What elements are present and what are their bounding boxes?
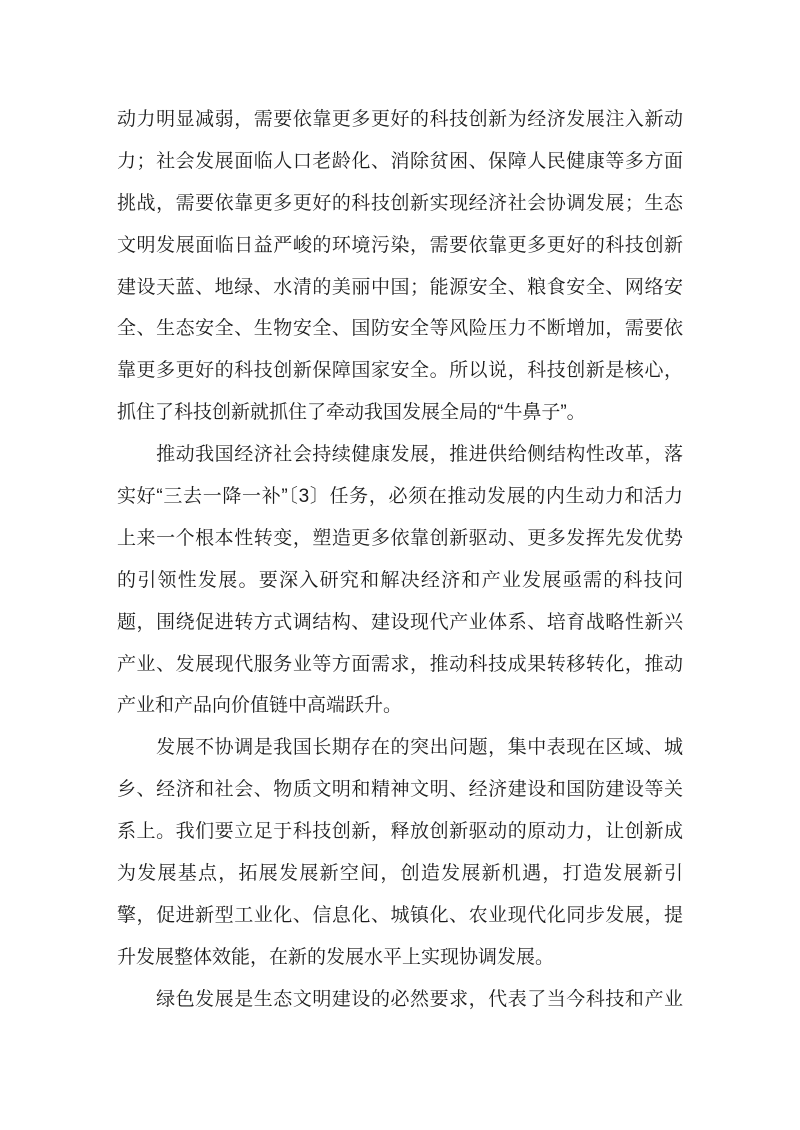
paragraph: 动力明显减弱，需要依靠更多更好的科技创新为经济发展注入新动力；社会发展面临人口老…: [117, 99, 683, 434]
text-line: 为发展基点，拓展发展新空间，创造发展新机遇，打造发展新引: [117, 853, 683, 895]
text-line: 文明发展面临日益严峻的环境污染，需要依靠更多更好的科技创新: [117, 225, 683, 267]
text-line: 系上。我们要立足于科技创新，释放创新驱动的原动力，让创新成: [117, 811, 683, 853]
text-line: 升发展整体效能，在新的发展水平上实现协调发展。: [117, 937, 683, 979]
text-line: 上来一个根本性转变，塑造更多依靠创新驱动、更多发挥先发优势: [117, 518, 683, 560]
text-line: 靠更多更好的科技创新保障国家安全。所以说，科技创新是核心，: [117, 350, 683, 392]
document-text: 动力明显减弱，需要依靠更多更好的科技创新为经济发展注入新动力；社会发展面临人口老…: [117, 99, 683, 1021]
document-page: 动力明显减弱，需要依靠更多更好的科技创新为经济发展注入新动力；社会发展面临人口老…: [0, 0, 800, 1130]
paragraph: 推动我国经济社会持续健康发展，推进供给侧结构性改革，落实好“三去一降一补”〔3〕…: [117, 434, 683, 727]
text-line: 产业、发展现代服务业等方面需求，推动科技成果转移转化，推动: [117, 644, 683, 686]
text-line: 产业和产品向价值链中高端跃升。: [117, 685, 683, 727]
text-line: 抓住了科技创新就抓住了牵动我国发展全局的“牛鼻子”。: [117, 392, 683, 434]
text-line: 题，围绕促进转方式调结构、建设现代产业体系、培育战略性新兴: [117, 602, 683, 644]
text-line: 实好“三去一降一补”〔3〕任务，必须在推动发展的内生动力和活力: [117, 476, 683, 518]
text-line: 绿色发展是生态文明建设的必然要求，代表了当今科技和产业: [117, 979, 683, 1021]
text-line: 动力明显减弱，需要依靠更多更好的科技创新为经济发展注入新动: [117, 99, 683, 141]
paragraph: 绿色发展是生态文明建设的必然要求，代表了当今科技和产业: [117, 979, 683, 1021]
text-line: 乡、经济和社会、物质文明和精神文明、经济建设和国防建设等关: [117, 769, 683, 811]
text-line: 全、生态安全、生物安全、国防安全等风险压力不断增加，需要依: [117, 308, 683, 350]
text-line: 建设天蓝、地绿、水清的美丽中国；能源安全、粮食安全、网络安: [117, 267, 683, 309]
text-line: 的引领性发展。要深入研究和解决经济和产业发展亟需的科技问: [117, 560, 683, 602]
text-line: 发展不协调是我国长期存在的突出问题，集中表现在区域、城: [117, 727, 683, 769]
paragraph: 发展不协调是我国长期存在的突出问题，集中表现在区域、城乡、经济和社会、物质文明和…: [117, 727, 683, 978]
text-line: 挑战，需要依靠更多更好的科技创新实现经济社会协调发展；生态: [117, 183, 683, 225]
text-line: 力；社会发展面临人口老龄化、消除贫困、保障人民健康等多方面: [117, 141, 683, 183]
text-line: 擎，促进新型工业化、信息化、城镇化、农业现代化同步发展，提: [117, 895, 683, 937]
text-line: 推动我国经济社会持续健康发展，推进供给侧结构性改革，落: [117, 434, 683, 476]
